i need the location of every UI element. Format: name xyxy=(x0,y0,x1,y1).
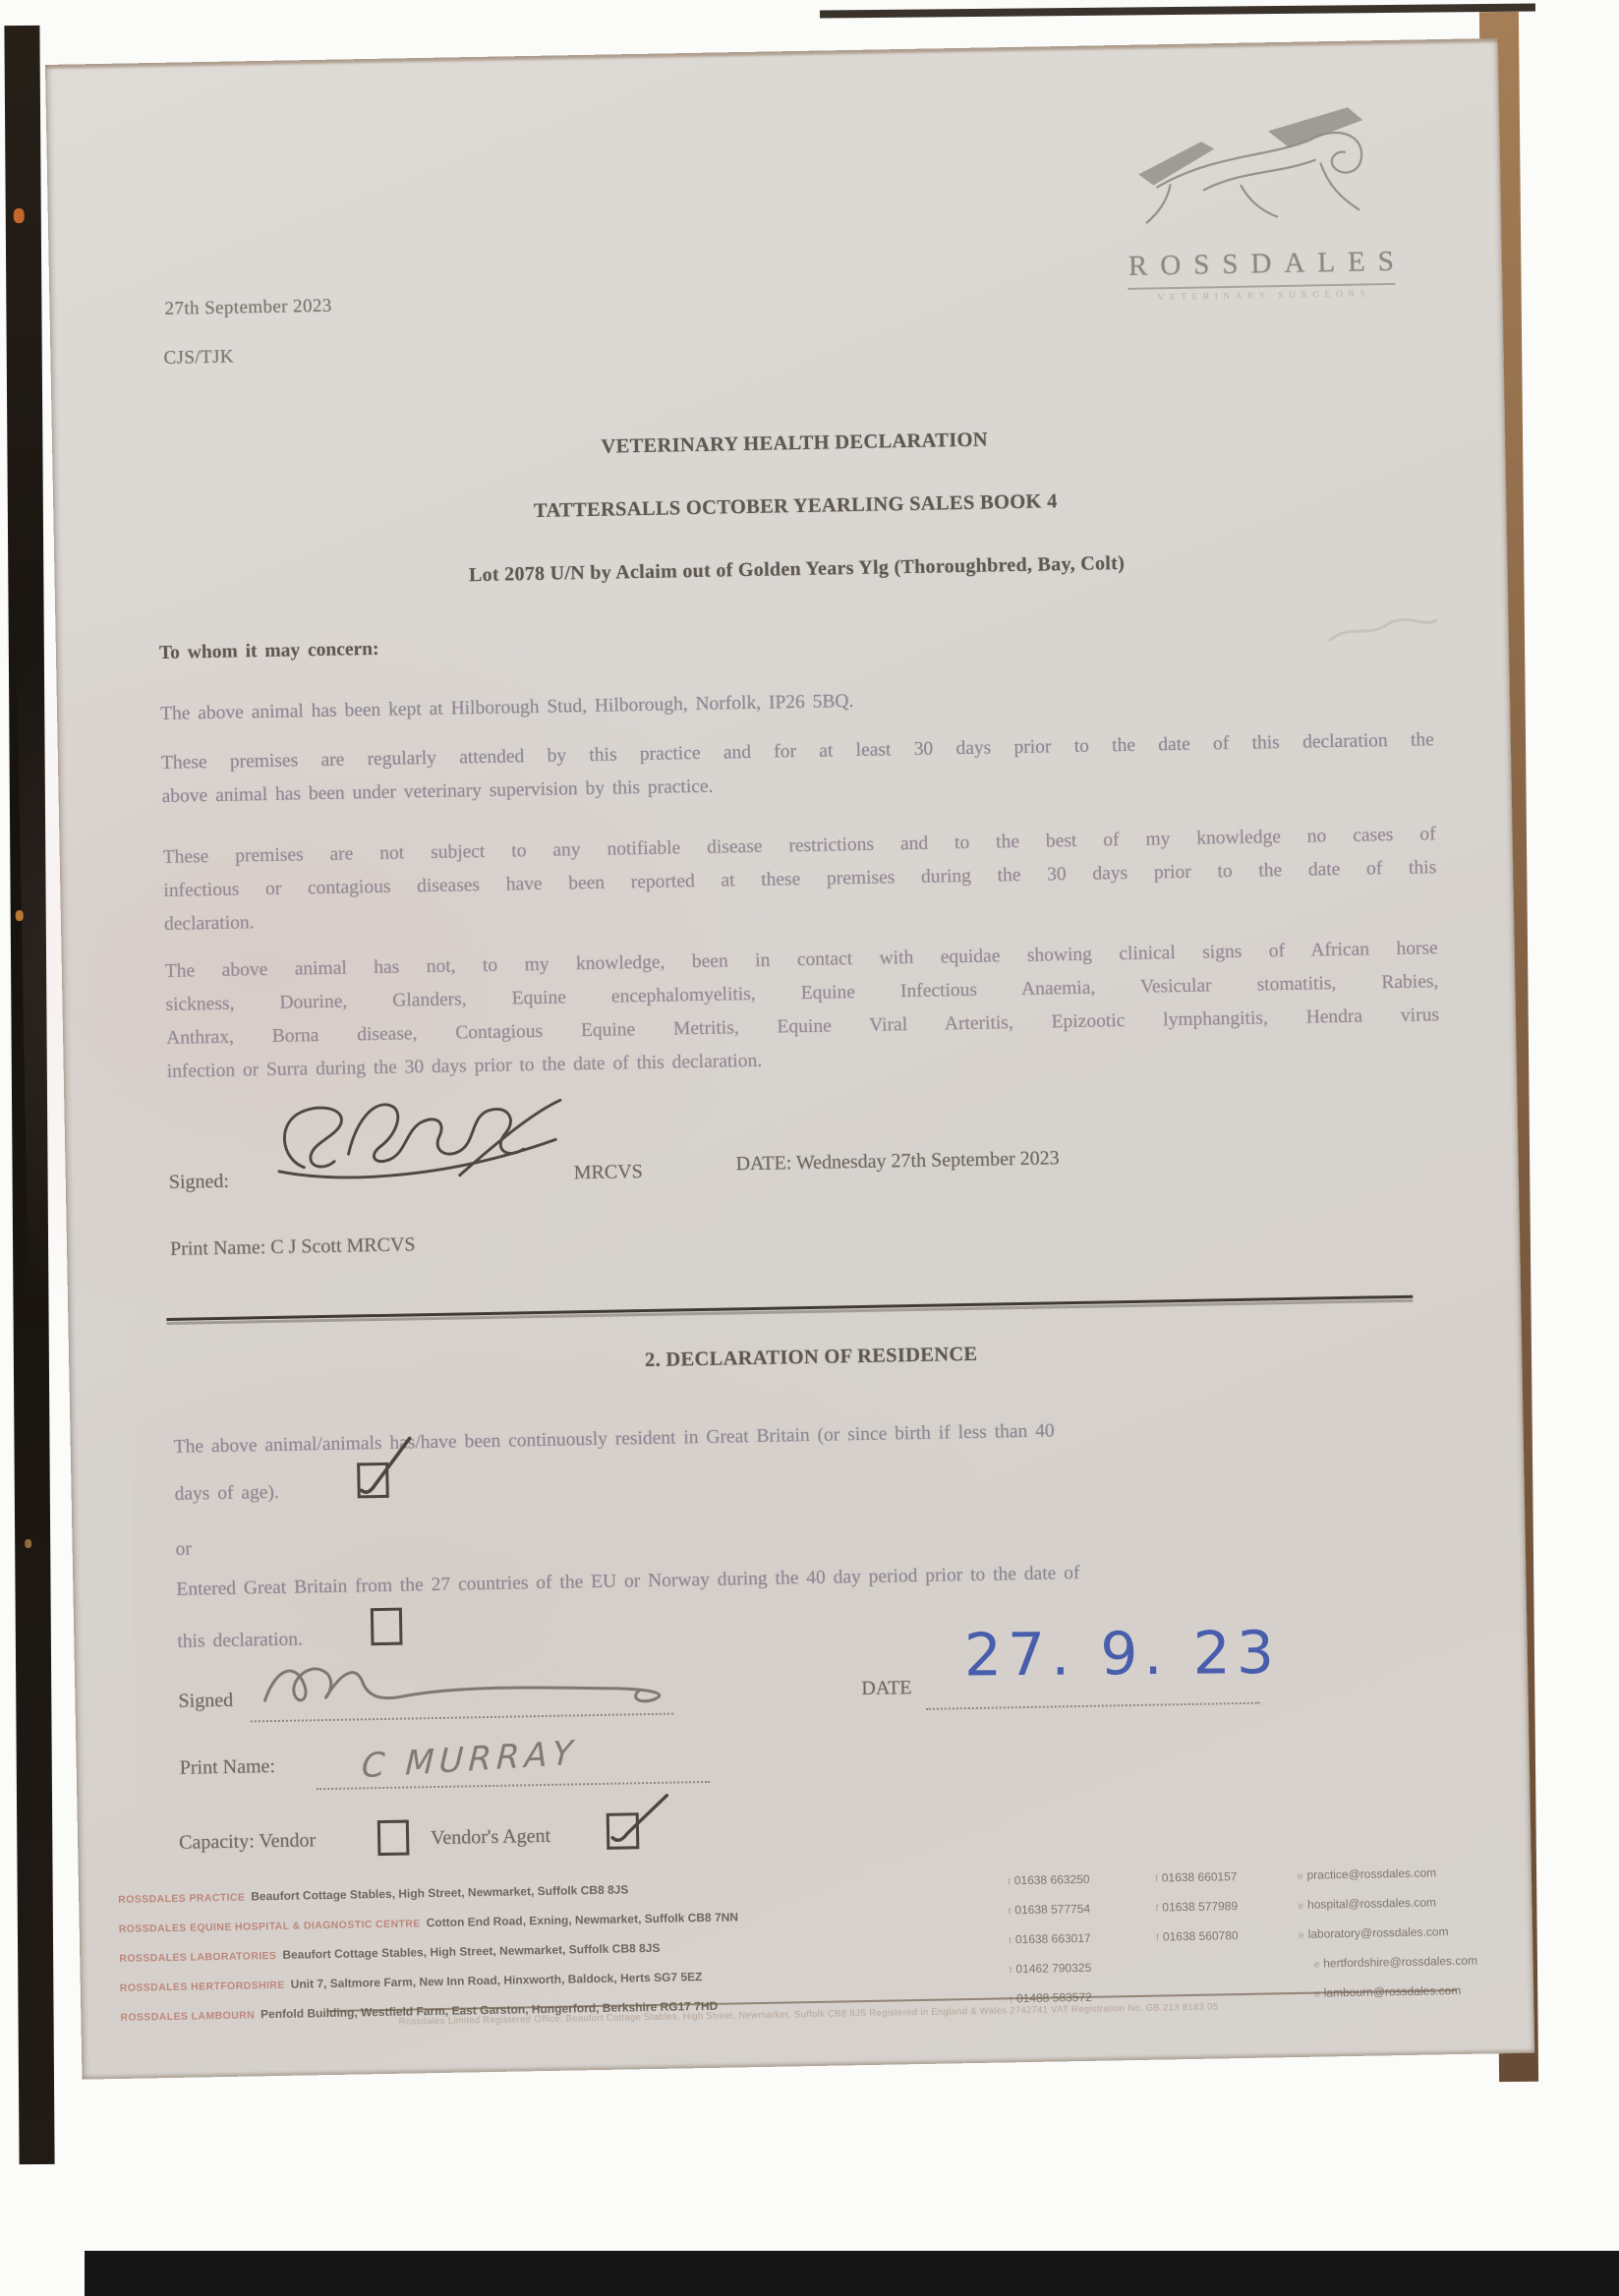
handwritten-date: 27. 9. 23 xyxy=(964,1619,1281,1691)
email-prefix: e xyxy=(1299,1930,1304,1941)
vendor-date-label: DATE xyxy=(861,1677,912,1700)
horse-sketch-icon xyxy=(1121,97,1399,242)
resident-gb-checkbox-tick xyxy=(349,1434,419,1500)
lot-description: Lot 2078 U/N by Aclaim out of Golden Yea… xyxy=(162,546,1430,593)
tel-prefix: t xyxy=(1008,1906,1011,1917)
tel-prefix: t xyxy=(1010,1965,1012,1976)
scanned-page-background: 27th September 2023 CJS/TJK ROSSDALES xyxy=(0,0,1619,2296)
letter-reference-code: CJS/TJK xyxy=(163,347,234,370)
practice-address: Beaufort Cottage Stables, High Street, N… xyxy=(282,1941,660,1962)
signed-label: Signed: xyxy=(169,1171,230,1194)
tel-value: 01638 663017 xyxy=(1015,1931,1091,1946)
email-prefix: e xyxy=(1314,1989,1320,2000)
fax-value: 01638 577989 xyxy=(1162,1899,1238,1914)
capacity-agent-checkbox-tick xyxy=(600,1788,675,1850)
fax-prefix: f xyxy=(1155,1874,1158,1885)
tel-prefix: t xyxy=(1008,1876,1011,1887)
stray-pencil-mark xyxy=(1323,609,1442,651)
vendor-print-name-label: Print Name: xyxy=(180,1755,276,1780)
vendor-signature-scribble xyxy=(257,1641,710,1728)
mrcvs-qualification: MRCVS xyxy=(574,1161,643,1184)
email-value: hertfordshire@rossdales.com xyxy=(1323,1954,1477,1971)
document-title: VETERINARY HEALTH DECLARATION xyxy=(160,421,1428,467)
scan-bottom-dark-band xyxy=(85,2251,1619,2296)
email-address: elaboratory@rossdales.com xyxy=(1299,1924,1449,1941)
scan-top-dark-line xyxy=(820,4,1535,19)
fax-value: 01638 660157 xyxy=(1162,1869,1238,1884)
practice-name-label: ROSSDALES LABORATORIES xyxy=(119,1950,276,1965)
no-contact-paragraph: The above animal has not, to my knowledg… xyxy=(165,932,1440,1089)
vet-signature-scribble xyxy=(256,1087,582,1191)
email-value: hospital@rossdales.com xyxy=(1307,1895,1436,1911)
capacity-agent-label: Vendor's Agent xyxy=(431,1825,550,1850)
practice-address: Cotton End Road, Exning, Newmarket, Suff… xyxy=(427,1910,739,1929)
email-value: practice@rossdales.com xyxy=(1306,1865,1436,1881)
phone-number: t01638 577754 xyxy=(1008,1902,1090,1918)
vendor-signed-label: Signed xyxy=(178,1690,233,1713)
practice-name-label: ROSSDALES EQUINE HOSPITAL & DIAGNOSTIC C… xyxy=(119,1918,421,1935)
fax-prefix: f xyxy=(1156,1933,1159,1944)
scan-speck xyxy=(14,208,25,223)
phone-number: t01462 790325 xyxy=(1010,1961,1092,1977)
practice-name-label: ROSSDALES PRACTICE xyxy=(118,1892,245,1906)
email-prefix: e xyxy=(1298,1901,1303,1912)
tel-prefix: t xyxy=(1009,1935,1012,1946)
logo-brand-text: ROSSDALES xyxy=(1109,246,1415,284)
fax-value: 01638 560780 xyxy=(1163,1928,1239,1943)
email-address: ehospital@rossdales.com xyxy=(1298,1895,1436,1912)
logo-tagline: VETERINARY SURGEONS xyxy=(1109,289,1414,305)
scan-speck xyxy=(25,1539,31,1548)
email-prefix: e xyxy=(1314,1960,1320,1971)
capacity-vendor-label: Capacity: Vendor xyxy=(179,1829,316,1855)
entered-gb-checkbox xyxy=(371,1608,403,1646)
email-address: ehertfordshire@rossdales.com xyxy=(1313,1954,1477,1971)
fax-prefix: f xyxy=(1155,1904,1158,1915)
phone-number: t01638 663017 xyxy=(1009,1931,1091,1947)
sale-subtitle: TATTERSALLS OCTOBER YEARLING SALES BOOK … xyxy=(161,484,1429,530)
email-address: epractice@rossdales.com xyxy=(1298,1865,1436,1882)
fax-number: f01638 577989 xyxy=(1155,1899,1238,1915)
letter-date: 27th September 2023 xyxy=(164,296,332,320)
capacity-vendor-checkbox xyxy=(377,1820,410,1857)
tel-value: 01638 663250 xyxy=(1014,1872,1090,1887)
vet-print-name-line: Print Name: C J Scott MRCVS xyxy=(170,1234,416,1261)
practice-name-label: ROSSDALES HERTFORDSHIRE xyxy=(120,1980,285,1994)
email-value: laboratory@rossdales.com xyxy=(1307,1924,1448,1941)
document-paper: 27th September 2023 CJS/TJK ROSSDALES xyxy=(45,38,1534,2080)
tel-value: 01638 577754 xyxy=(1014,1902,1090,1917)
fax-number: f01638 560780 xyxy=(1156,1928,1239,1944)
rossdales-logo: ROSSDALES VETERINARY SURGEONS xyxy=(1106,97,1415,305)
tel-prefix: t xyxy=(1010,1994,1012,2005)
practice-address: Unit 7, Saltmore Farm, New Inn Road, Hin… xyxy=(291,1970,703,1991)
vet-date-line: DATE: Wednesday 27th September 2023 xyxy=(735,1147,1059,1176)
email-prefix: e xyxy=(1298,1871,1303,1882)
fax-number: f01638 660157 xyxy=(1155,1869,1238,1885)
phone-number: t01638 663250 xyxy=(1008,1872,1090,1888)
tel-value: 01462 790325 xyxy=(1015,1961,1091,1976)
